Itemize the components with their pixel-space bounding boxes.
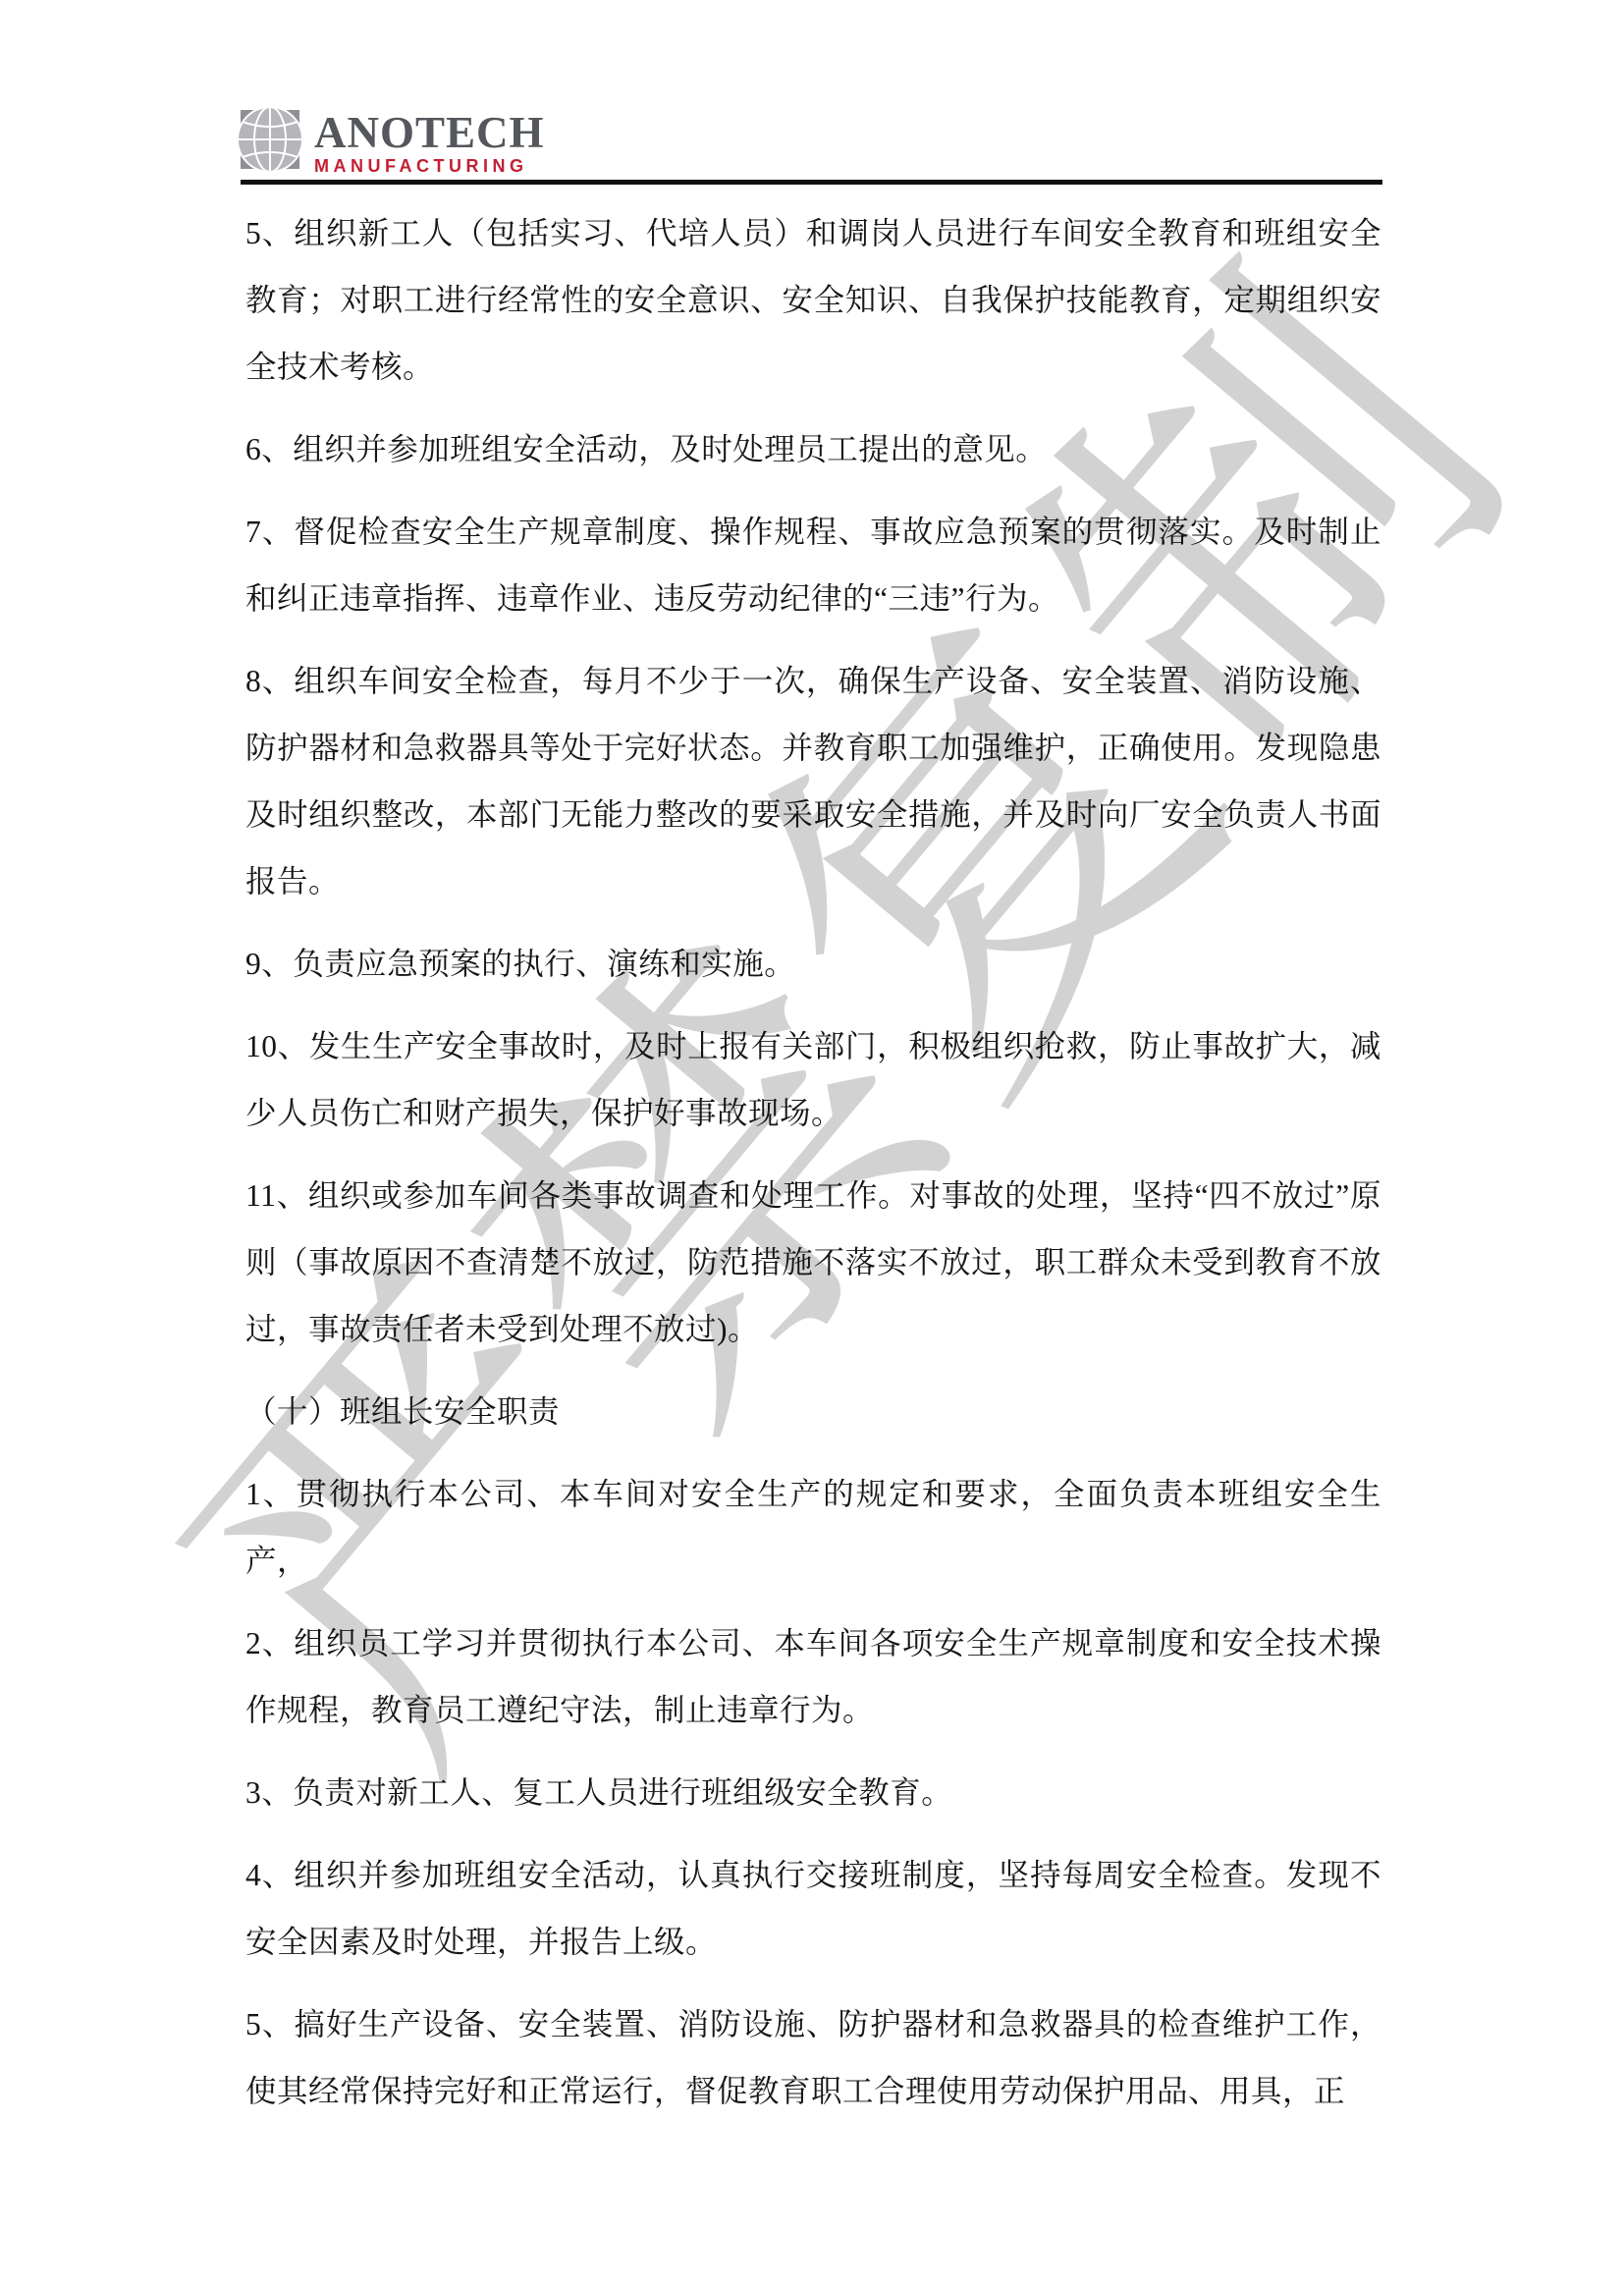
- logo-subtitle-text: MANUFACTURING: [314, 157, 545, 175]
- paragraph: 9、负责应急预案的执行、演练和实施。: [245, 931, 1381, 998]
- paragraph: 5、搞好生产设备、安全装置、消防设施、防护器材和急救器具的检查维护工作，使其经常…: [245, 1991, 1381, 2125]
- globe-icon: [241, 110, 299, 169]
- paragraph: 6、组织并参加班组安全活动，及时处理员工提出的意见。: [245, 416, 1381, 483]
- paragraph: 1、贯彻执行本公司、本车间对安全生产的规定和要求，全面负责本班组安全生产，: [245, 1461, 1381, 1595]
- paragraph: 7、督促检查安全生产规章制度、操作规程、事故应急预案的贯彻落实。及时制止和纠正违…: [245, 499, 1381, 632]
- company-logo: ANOTECH MANUFACTURING: [241, 110, 545, 175]
- section-heading: （十）班组长安全职责: [245, 1379, 1381, 1445]
- paragraph: 10、发生生产安全事故时，及时上报有关部门，积极组织抢救，防止事故扩大，减少人员…: [245, 1013, 1381, 1147]
- paragraph: 3、负责对新工人、复工人员进行班组级安全教育。: [245, 1760, 1381, 1826]
- logo-wordmark: ANOTECH MANUFACTURING: [314, 110, 545, 175]
- paragraph: 2、组织员工学习并贯彻执行本公司、本车间各项安全生产规章制度和安全技术操作规程，…: [245, 1610, 1381, 1744]
- paragraph: 8、组织车间安全检查，每月不少于一次，确保生产设备、安全装置、消防设施、防护器材…: [245, 648, 1381, 915]
- paragraph: 5、组织新工人（包括实习、代培人员）和调岗人员进行车间安全教育和班组安全教育；对…: [245, 200, 1381, 401]
- document-body: 5、组织新工人（包括实习、代培人员）和调岗人员进行车间安全教育和班组安全教育；对…: [245, 200, 1381, 2141]
- paragraph: 11、组织或参加车间各类事故调查和处理工作。对事故的处理，坚持“四不放过”原则（…: [245, 1163, 1381, 1363]
- header-divider: [241, 180, 1382, 185]
- paragraph: 4、组织并参加班组安全活动，认真执行交接班制度，坚持每周安全检查。发现不安全因素…: [245, 1842, 1381, 1976]
- document-page: 严禁复制 ANOTECH MANUFACTURING 5、: [0, 0, 1624, 2285]
- logo-name-text: ANOTECH: [314, 110, 545, 155]
